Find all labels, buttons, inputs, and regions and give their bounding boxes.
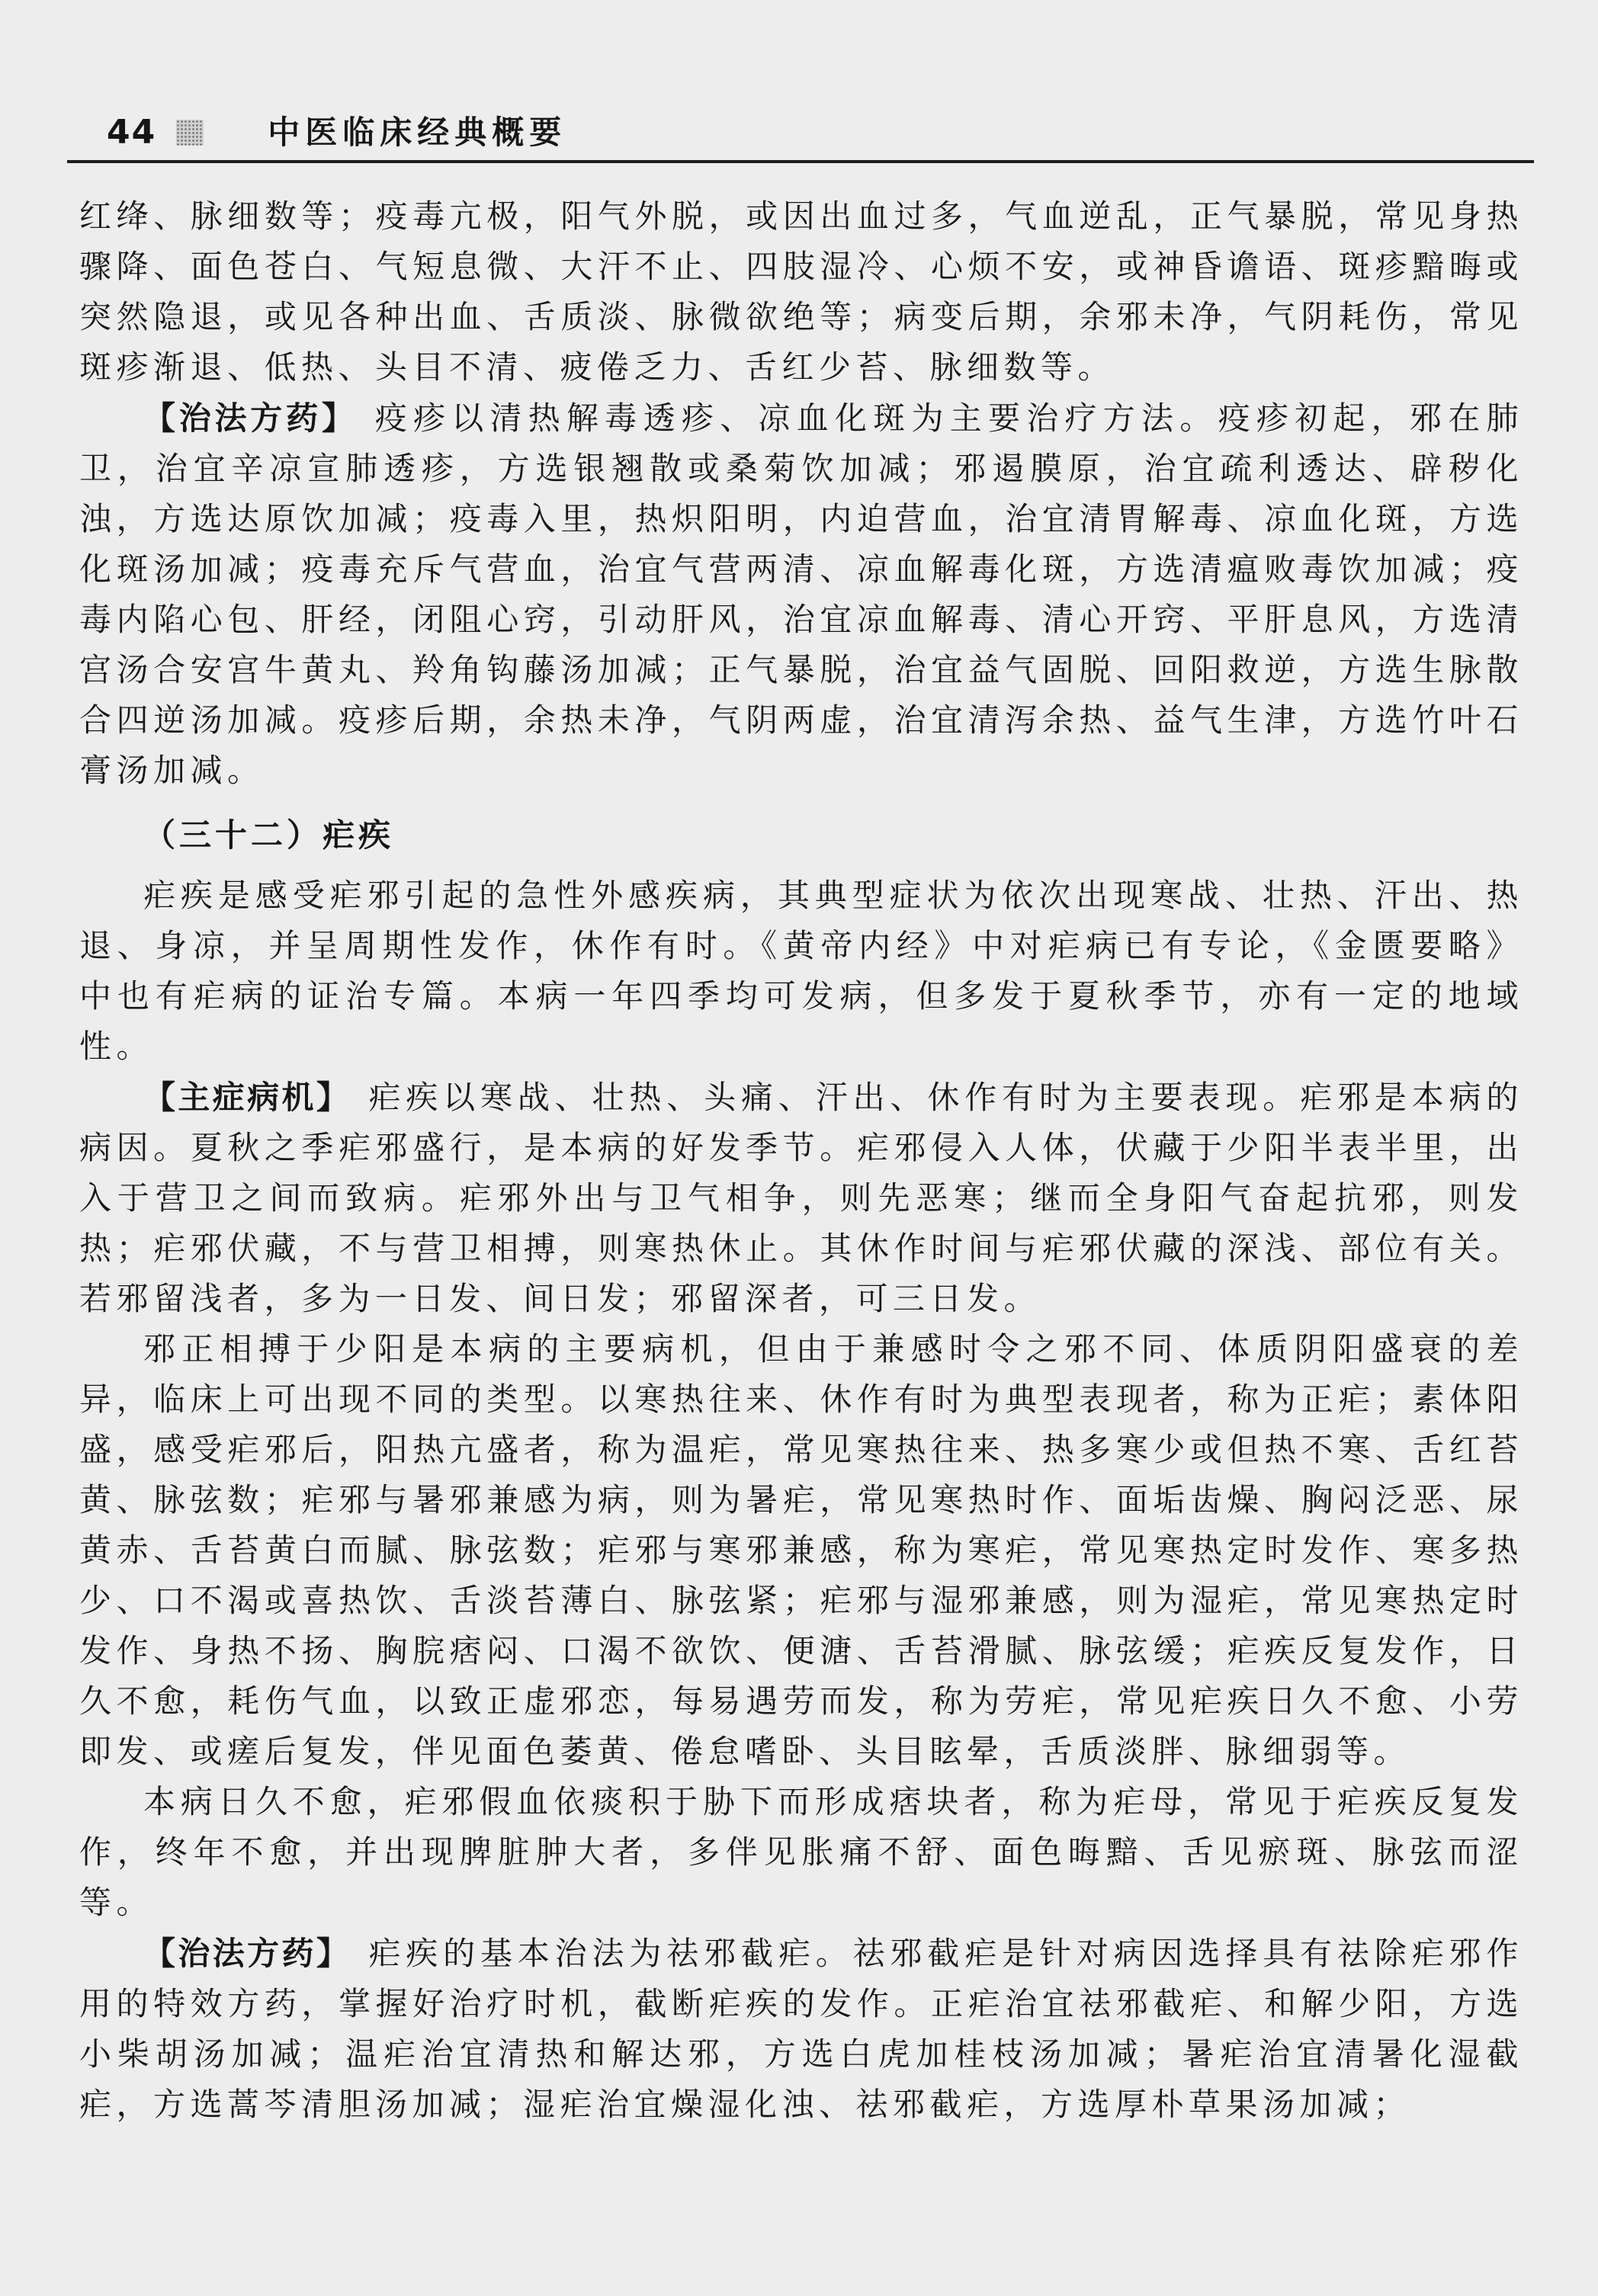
paragraph-text: （三十二）疟疾 <box>143 816 394 854</box>
section-label: 【治法方药】 <box>143 1935 351 1972</box>
paragraph: 红绛、脉细数等；疫毒亢极，阳气外脱，或因出血过多，气血逆乱，正气暴脱，常见身热骤… <box>79 192 1523 393</box>
halftone-square-icon <box>176 120 204 146</box>
running-head-title: 中医临床经典概要 <box>268 117 566 149</box>
paragraph: 【治法方药】疫疹以清热解毒透疹、凉血化斑为主要治疗方法。疫疹初起，邪在肺卫，治宜… <box>79 393 1523 797</box>
paragraph: 疟疾是感受疟邪引起的急性外感疾病，其典型症状为依次出现寒战、壮热、汗出、热退、身… <box>79 871 1523 1073</box>
book-page: 44 中医临床经典概要 红绛、脉细数等；疫毒亢极，阳气外脱，或因出血过多，气血逆… <box>0 0 1598 2296</box>
page-header: 44 中医临床经典概要 <box>107 116 1525 149</box>
page-body: 红绛、脉细数等；疫毒亢极，阳气外脱，或因出血过多，气血逆乱，正气暴脱，常见身热骤… <box>79 192 1523 2131</box>
paragraph-text: 红绛、脉细数等；疫毒亢极，阳气外脱，或因出血过多，气血逆乱，正气暴脱，常见身热骤… <box>79 200 1523 386</box>
section-label: 【治法方药】 <box>143 399 358 437</box>
paragraph-text: 疫疹以清热解毒透疹、凉血化斑为主要治疗方法。疫疹初起，邪在肺卫，治宜辛凉宣肺透疹… <box>79 402 1523 789</box>
header-rule <box>67 160 1534 163</box>
page-number: 44 <box>107 116 156 149</box>
paragraph-text: 疟疾以寒战、壮热、头痛、汗出、休作有时为主要表现。疟邪是本病的病因。夏秋之季疟邪… <box>79 1081 1523 1317</box>
paragraph: 【主症病机】疟疾以寒战、壮热、头痛、汗出、休作有时为主要表现。疟邪是本病的病因。… <box>79 1073 1523 1325</box>
paragraph-text: 疟疾是感受疟邪引起的急性外感疾病，其典型症状为依次出现寒战、壮热、汗出、热退、身… <box>79 879 1523 1065</box>
paragraph-text: 本病日久不愈，疟邪假血依痰积于胁下而形成痞块者，称为疟母，常见于疟疾反复发作，终… <box>79 1785 1523 1921</box>
paragraph: 【治法方药】疟疾的基本治法为祛邪截疟。祛邪截疟是针对病因选择具有祛除疟邪作用的特… <box>79 1929 1523 2131</box>
paragraph: 邪正相搏于少阳是本病的主要病机，但由于兼感时令之邪不同、体质阴阳盛衰的差异，临床… <box>79 1325 1523 1778</box>
paragraph-text: 邪正相搏于少阳是本病的主要病机，但由于兼感时令之邪不同、体质阴阳盛衰的差异，临床… <box>79 1332 1523 1770</box>
section-label: 【主症病机】 <box>143 1079 351 1116</box>
paragraph: 本病日久不愈，疟邪假血依痰积于胁下而形成痞块者，称为疟母，常见于疟疾反复发作，终… <box>79 1778 1523 1929</box>
section-heading: （三十二）疟疾 <box>79 810 1523 861</box>
